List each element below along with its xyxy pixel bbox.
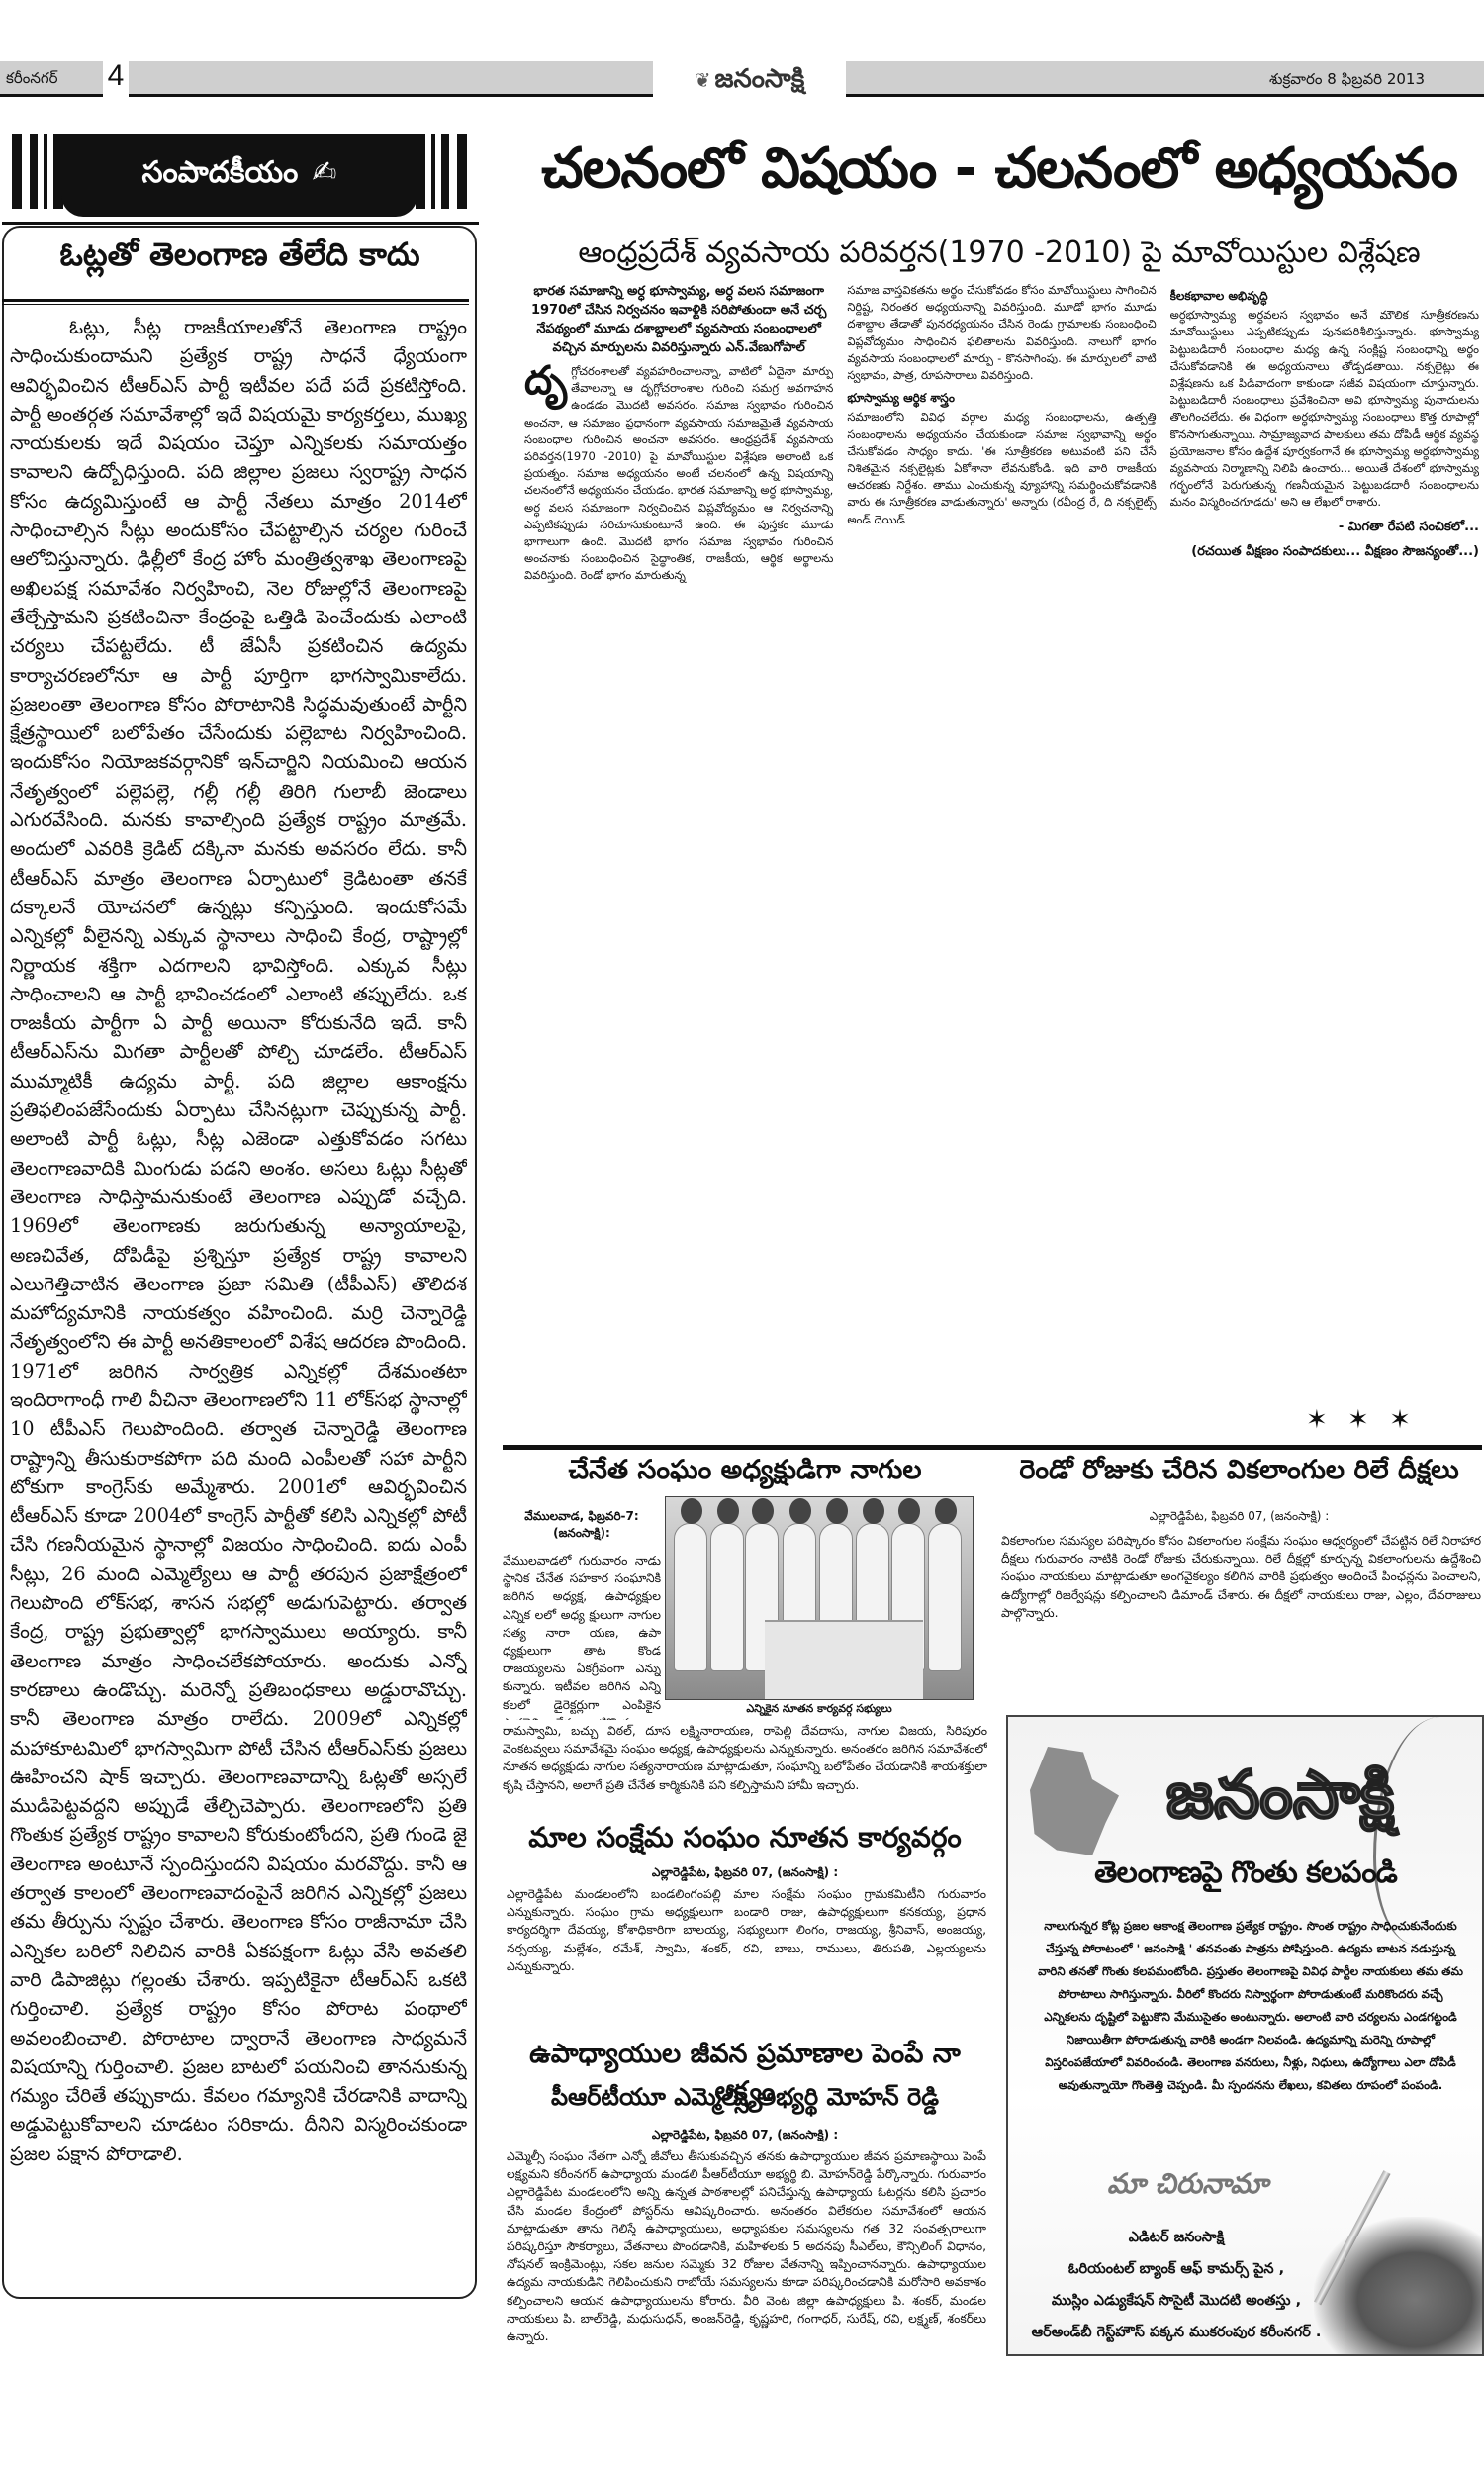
pen-hand-icon: ✍	[312, 155, 336, 190]
editorial-body: ఓట్లు, సీట్ల రాజకీయాలతోనే తెలంగాణ రాష్ట్…	[10, 313, 467, 2282]
teachers-subheadline: పీఆర్‌టీయూ ఎమ్మెల్సీ అభ్యర్థి మోహన్‌ రెడ…	[503, 2083, 987, 2117]
mala-body: ఎల్లారెడ్డిపేట మండలంలోని బండలింగంపల్లి మ…	[507, 1885, 986, 2034]
main-article-columns: భారత సమాజాన్ని అర్ధ భూస్వామ్య, అర్ధ వలస …	[524, 282, 1479, 1400]
address-line: ఎడిటర్‌ జనంసాక్షి	[1018, 2222, 1335, 2253]
article-intro: భారత సమాజాన్ని అర్ధ భూస్వామ్య, అర్ధ వలస …	[524, 282, 833, 357]
article-column-2: సమాజ వాస్తవికతను అర్థం చేసుకోవడం కోసం మా…	[847, 282, 1156, 1400]
editorial-title: ఓట్లతో తెలంగాణ తేలేది కాదు	[10, 236, 470, 281]
decorative-bars-right	[388, 134, 467, 209]
group-photo	[665, 1496, 974, 1700]
column-text: సమాజంలోని వివిధ వర్గాల మధ్య సంబంధాలను, ఉ…	[847, 410, 1156, 525]
column-text: అర్ధభూస్వామ్య అర్ధవలస స్వభావం అనే మౌలిక …	[1170, 308, 1479, 509]
relay-hunger-strike-headline: రెండో రోజుకు చేరిన వికలాంగుల రిలే దీక్షల…	[994, 1455, 1484, 1492]
section-label-text: సంపాదకీయం	[142, 155, 299, 190]
logo-text: జనంసాక్షి	[714, 64, 804, 94]
article-column-1: భారత సమాజాన్ని అర్ధ భూస్వామ్య, అర్ధ వలస …	[524, 282, 833, 1400]
writing-hand-icon	[1314, 2217, 1482, 2355]
editorial-text: ఓట్లు, సీట్ల రాజకీయాలతోనే తెలంగాణ రాష్ట్…	[10, 313, 467, 2168]
mala-dateline: ఎల్లారెడ్డిపేట, ఫిబ్రవరి 07, (జనంసాక్షి)…	[503, 1865, 987, 1882]
relay-dateline: ఎల్లారెడ్డిపేట, ఫిబ్రవరి 07, (జనంసాక్షి)…	[999, 1509, 1479, 1526]
telangana-map-icon: ❦	[695, 68, 711, 92]
janamsakshi-advertisement: జనంసాక్షి తెలంగాణపై గొంతు కలపండి నాలుగున…	[1006, 1715, 1484, 2356]
divider	[2, 299, 469, 305]
drop-cap: దృ	[524, 363, 567, 399]
telangana-map-icon	[1030, 1747, 1119, 1855]
edition-city: కరీంనగర్	[6, 69, 58, 91]
teachers-body: ఎమ్మెల్సీ సంఘం నేతగా ఎన్నో జీవోలు తీసుకు…	[507, 2147, 986, 2390]
main-subheadline: ఆంధ్రప్రదేశ్‌ వ్యవసాయ పరివర్తన(1970 -201…	[514, 236, 1484, 277]
relay-body: వికలాంగుల సమస్యల పరిష్కారం కోసం వికలాంగు…	[1001, 1532, 1481, 1700]
page-header: కరీంనగర్ 4 ❦జనంసాక్షి శుక్రవారం 8 ఫిబ్రవ…	[0, 61, 1484, 97]
ad-slogan: తెలంగాణపై గొంతు కలపండి	[1018, 1855, 1473, 1897]
address-title: మా చిరునామా	[1107, 2167, 1268, 2207]
photo-caption: ఎన్నికైన నూతన కార్యవర్గ సభ్యులు	[665, 1702, 974, 1718]
address-line: ఆర్‌అండ్‌బీ గెస్ట్‌హౌస్‌ పక్కన ముకరంపుర …	[1018, 2317, 1335, 2348]
subheading: కీలకభావాల అభివృద్ధి	[1170, 288, 1479, 305]
page-number: 4	[103, 59, 129, 97]
section-divider	[503, 1445, 1482, 1450]
author-credit: (రచయిత వీక్షణం సంపాదకులు... వీక్షణం సౌజన…	[1170, 542, 1479, 561]
star-ornament-icon: ✶ ✶ ✶	[1306, 1405, 1417, 1435]
teachers-dateline: ఎల్లారెడ్డిపేట, ఫిబ్రవరి 07, (జనంసాక్షి)…	[503, 2128, 987, 2144]
address-block: ఎడిటర్‌ జనంసాక్షి ఓరియంటల్‌ బ్యాంక్‌ ఆఫ్…	[1018, 2222, 1335, 2348]
article-column-3: కీలకభావాల అభివృద్ధి అర్ధభూస్వామ్య అర్ధవల…	[1170, 282, 1479, 1400]
editorial-section-label: సంపాదకీయం✍	[61, 134, 417, 217]
continued-note: - మిగతా రేపటి సంచికలో...	[1170, 518, 1479, 536]
newspaper-logo: ❦జనంసాక్షి	[653, 59, 846, 99]
issue-date: శుక్రవారం 8 ఫిబ్రవరి 2013	[1269, 70, 1425, 92]
ad-logo: జనంసాక్షి	[1117, 1757, 1443, 1849]
weavers-body-side: వేములవాడలో గురువారం నాడు స్థానిక చేనేత స…	[503, 1552, 661, 1720]
main-headline: చలనంలో విషయం - చలనంలో అధ్యయనం	[514, 137, 1484, 215]
weavers-dateline: వేములవాడ, ఫిబ్రవరి-7: (జనంసాక్షి):	[503, 1509, 661, 1543]
address-line: ఓరియంటల్‌ బ్యాంక్‌ ఆఫ్‌ కామర్స్‌ పైన ,	[1018, 2253, 1335, 2285]
ad-text: నాలుగున్నర కోట్ల ప్రజల ఆకాంక్ష తెలంగాణ ప…	[1033, 1915, 1468, 2097]
subheading: భూస్వామ్య ఆర్థిక శాస్త్రం	[847, 390, 1156, 407]
mala-headline: మాల సంక్షేమ సంఘం నూతన కార్యవర్గం	[503, 1821, 987, 1860]
weavers-body: రామస్వామి, బచ్చు విఠల్‌, దూస లక్ష్మినారా…	[503, 1722, 987, 1801]
column-text: సమాజ వాస్తవికతను అర్థం చేసుకోవడం కోసం మా…	[847, 283, 1156, 382]
column-text: గ్గోచరంశాలతో వ్యవహరించాలన్నా, వాటిలో ఏదై…	[524, 364, 833, 582]
editorial-banner: సంపాదకీయం✍	[12, 134, 467, 219]
address-line: ముస్లిం ఎడ్యుకేషన్‌ సొసైటీ మొదటి అంతస్తు…	[1018, 2285, 1335, 2317]
